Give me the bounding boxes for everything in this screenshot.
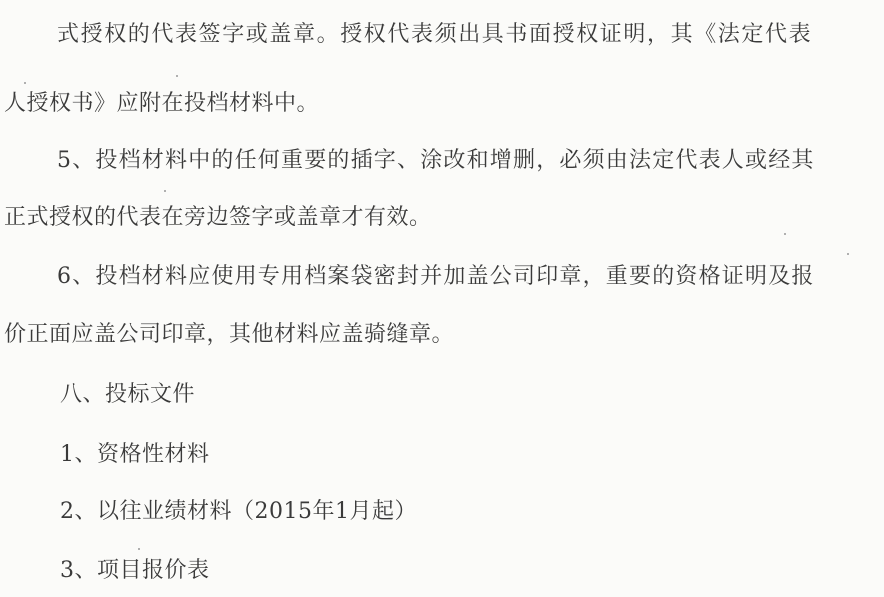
paragraph-line: 正式授权的代表在旁边签字或盖章才有效。 [4, 203, 432, 233]
scan-speck [784, 233, 786, 235]
paragraph-line: 式授权的代表签字或盖章。授权代表须出具书面授权证明，其《法定代表 [57, 20, 812, 50]
paragraph-line: 6、投档材料应使用专用档案袋密封并加盖公司印章，重要的资格证明及报 [57, 262, 815, 292]
list-item: 2、以往业绩材料（2015年1月起） [60, 497, 417, 527]
scan-speck [138, 548, 140, 550]
section-heading: 八、投标文件 [60, 380, 195, 410]
list-item: 3、项目报价表 [60, 556, 210, 586]
paragraph-line: 人授权书》应附在投档材料中。 [4, 89, 319, 119]
scan-speck [847, 253, 849, 255]
paragraph-line: 5、投档材料中的任何重要的插字、涂改和增删，必须由法定代表人或经其 [57, 146, 815, 176]
scan-speck [24, 82, 26, 84]
scan-speck [164, 190, 166, 192]
paragraph-line: 价正面应盖公司印章，其他材料应盖骑缝章。 [4, 320, 454, 350]
scan-speck [176, 75, 178, 77]
list-item: 1、资格性材料 [60, 440, 210, 470]
